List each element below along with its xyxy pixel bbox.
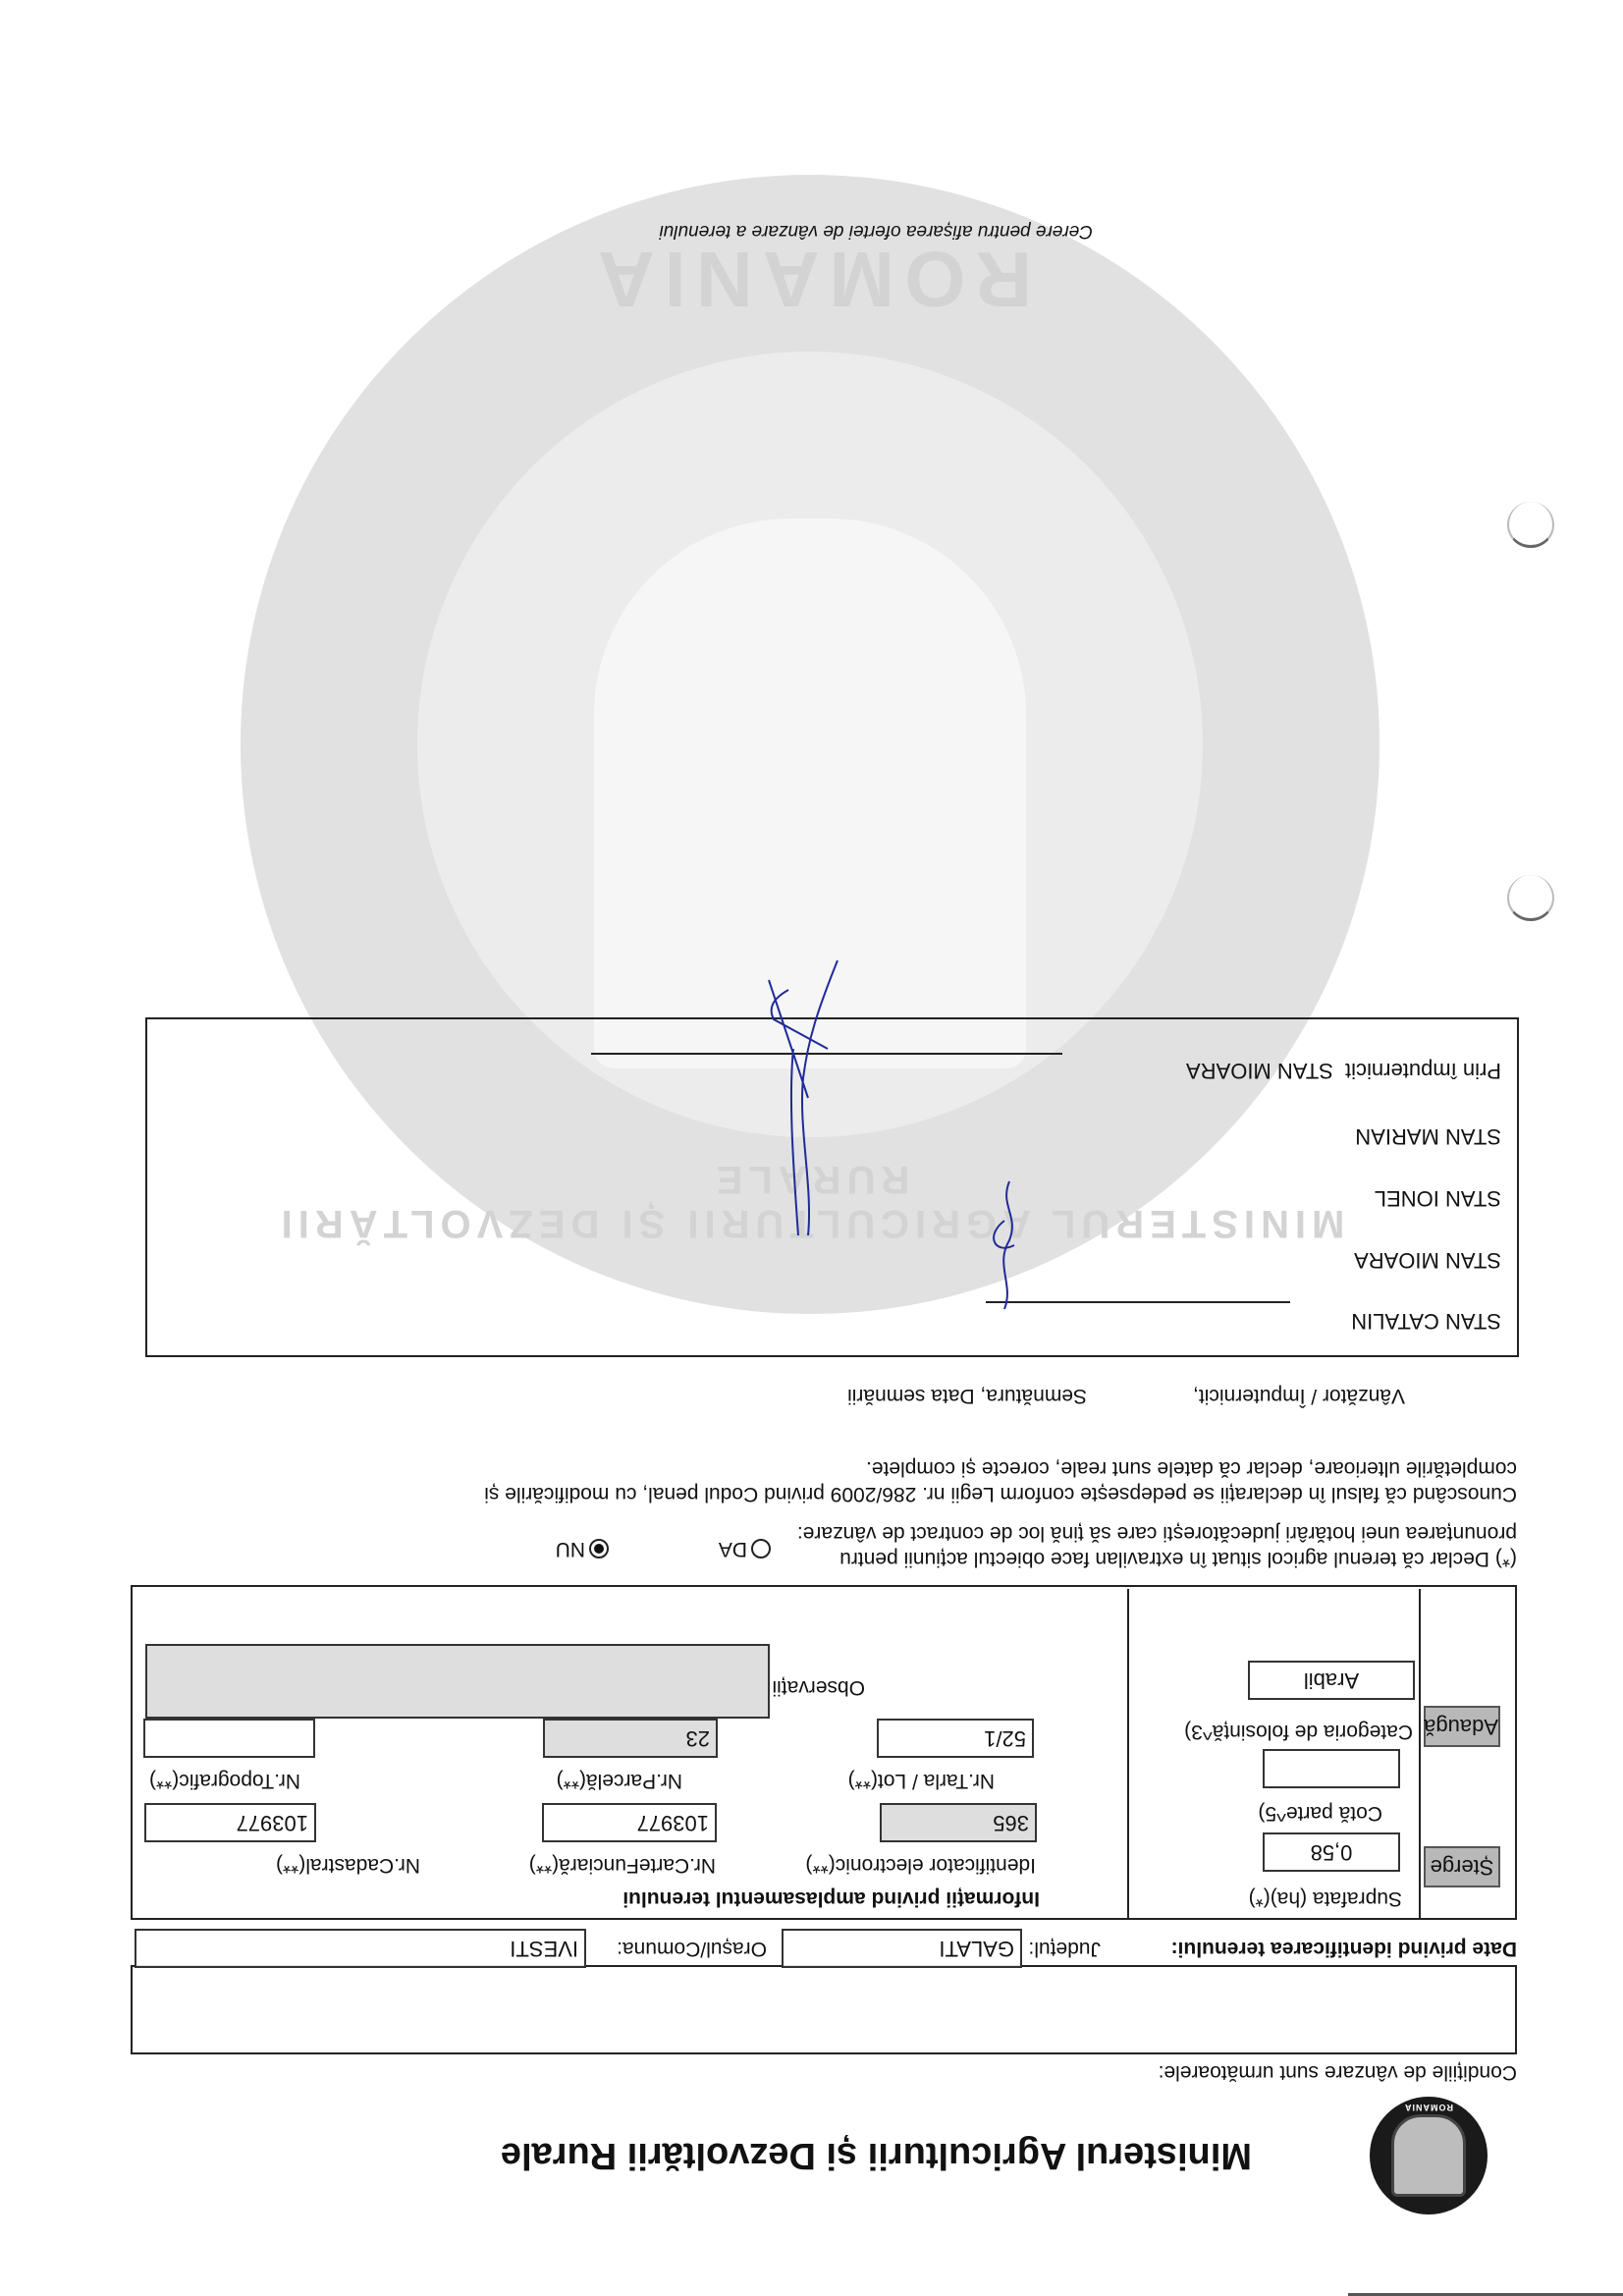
suprafata-label: Suprafata (ha)(*) (1249, 1886, 1402, 1910)
handwritten-signature-icon (965, 1176, 1054, 1314)
signature-date-label: Semnătura, Data semnării (847, 1384, 1087, 1407)
radio-option-nu[interactable]: NU (556, 1536, 609, 1561)
conditions-label: Condițiile de vânzare sunt următoarele: (1159, 2060, 1517, 2084)
seller-label: Vânzător / Împuternicit, (1193, 1384, 1405, 1407)
topografic-label: Nr.Topografic(**) (149, 1769, 300, 1792)
radio-da-label: DA (719, 1538, 747, 1560)
identificator-field[interactable]: 365 (880, 1803, 1037, 1842)
cota-field[interactable] (1263, 1749, 1400, 1788)
declaration-text-4: completările ulterioare, declar că datel… (133, 1455, 1517, 1481)
column-divider (1419, 1589, 1421, 1920)
judet-field[interactable]: GALATI (782, 1929, 1022, 1968)
seller-name: STAN MIOARA (1354, 1247, 1501, 1273)
topografic-field[interactable] (143, 1719, 315, 1758)
identificator-label: Identificator electronic(**) (805, 1853, 1036, 1877)
categoria-label: Categoria de folosință^3) (1184, 1720, 1413, 1743)
radio-nu-label: NU (556, 1538, 585, 1560)
oras-label: Orașul/Comuna: (617, 1937, 767, 1960)
observatii-field[interactable] (145, 1644, 770, 1719)
observatii-label: Observații (772, 1675, 865, 1699)
carte-label: Nr.CarteFunciară(**) (529, 1853, 716, 1877)
seller-name: STAN CATALIN (1351, 1308, 1501, 1334)
cadastral-field[interactable]: 103977 (144, 1803, 316, 1842)
add-button[interactable]: Adaugă (1424, 1706, 1500, 1747)
seller-name: STAN IONEL (1375, 1185, 1501, 1211)
document-page: MINISTERUL AGRICULTURII ȘI DEZVOLTĂRII R… (0, 0, 1623, 2296)
handwritten-signature-icon (730, 951, 867, 1245)
seal-bottom-text: ROMANIA (1404, 2103, 1453, 2112)
judet-label: Județul: (1028, 1937, 1101, 1960)
column-divider (1127, 1589, 1129, 1920)
ministry-seal-icon: ROMANIA (1370, 2097, 1488, 2214)
punch-hole-mark (1507, 502, 1554, 548)
delete-button[interactable]: Șterge (1424, 1846, 1500, 1887)
identification-heading: Date privind identificarea terenului: (1171, 1937, 1517, 1960)
declaration-text-3: Cunoscând că falsul în declarații se ped… (133, 1481, 1517, 1506)
seal-coat-of-arms-icon (1391, 2114, 1466, 2197)
tarla-label: Nr.Tarla / Lot(**) (848, 1769, 995, 1792)
tarla-field[interactable]: 52/1 (877, 1719, 1034, 1758)
suprafata-field[interactable]: 0,58 (1263, 1832, 1400, 1872)
cadastral-label: Nr.Cadastral(**) (276, 1853, 420, 1877)
parcela-field[interactable]: 23 (543, 1719, 718, 1758)
page-title: Ministerul Agriculturii și Dezvoltării R… (501, 2134, 1252, 2176)
proxy-label: Prin împuternicit (1345, 1059, 1501, 1083)
radio-da-icon[interactable] (751, 1539, 771, 1558)
punch-hole-mark (1507, 875, 1554, 921)
categoria-field[interactable]: Arabil (1248, 1661, 1415, 1700)
radio-option-da[interactable]: DA (719, 1536, 771, 1561)
cota-label: Cotă parte^5) (1258, 1801, 1382, 1825)
conditions-field[interactable] (131, 1965, 1517, 2054)
watermark-bottom-text: ROMANIA (241, 234, 1380, 324)
proxy-row: Prin împuternicit STAN MIOARA (1186, 1058, 1501, 1083)
radio-nu-icon[interactable] (589, 1539, 609, 1558)
declaration-text-1: (*) Declar că terenul agricol situat în … (133, 1546, 1517, 1571)
oras-field[interactable]: IVESTI (135, 1929, 586, 1968)
footer-text: Cerere pentru afișarea ofertei de vânzar… (660, 220, 1093, 242)
declaration-text-2: pronunțarea unei hotărâri judecătorești … (797, 1522, 1517, 1545)
declaration-block: (*) Declar că terenul agricol situat în … (133, 1455, 1517, 1571)
proxy-name: STAN MIOARA (1186, 1059, 1333, 1083)
section-title: Informații privind amplasamentul terenul… (622, 1886, 1040, 1910)
carte-field[interactable]: 103977 (542, 1803, 717, 1842)
seller-name: STAN MARIAN (1355, 1123, 1501, 1149)
parcela-label: Nr.Parcelă(**) (557, 1769, 682, 1792)
